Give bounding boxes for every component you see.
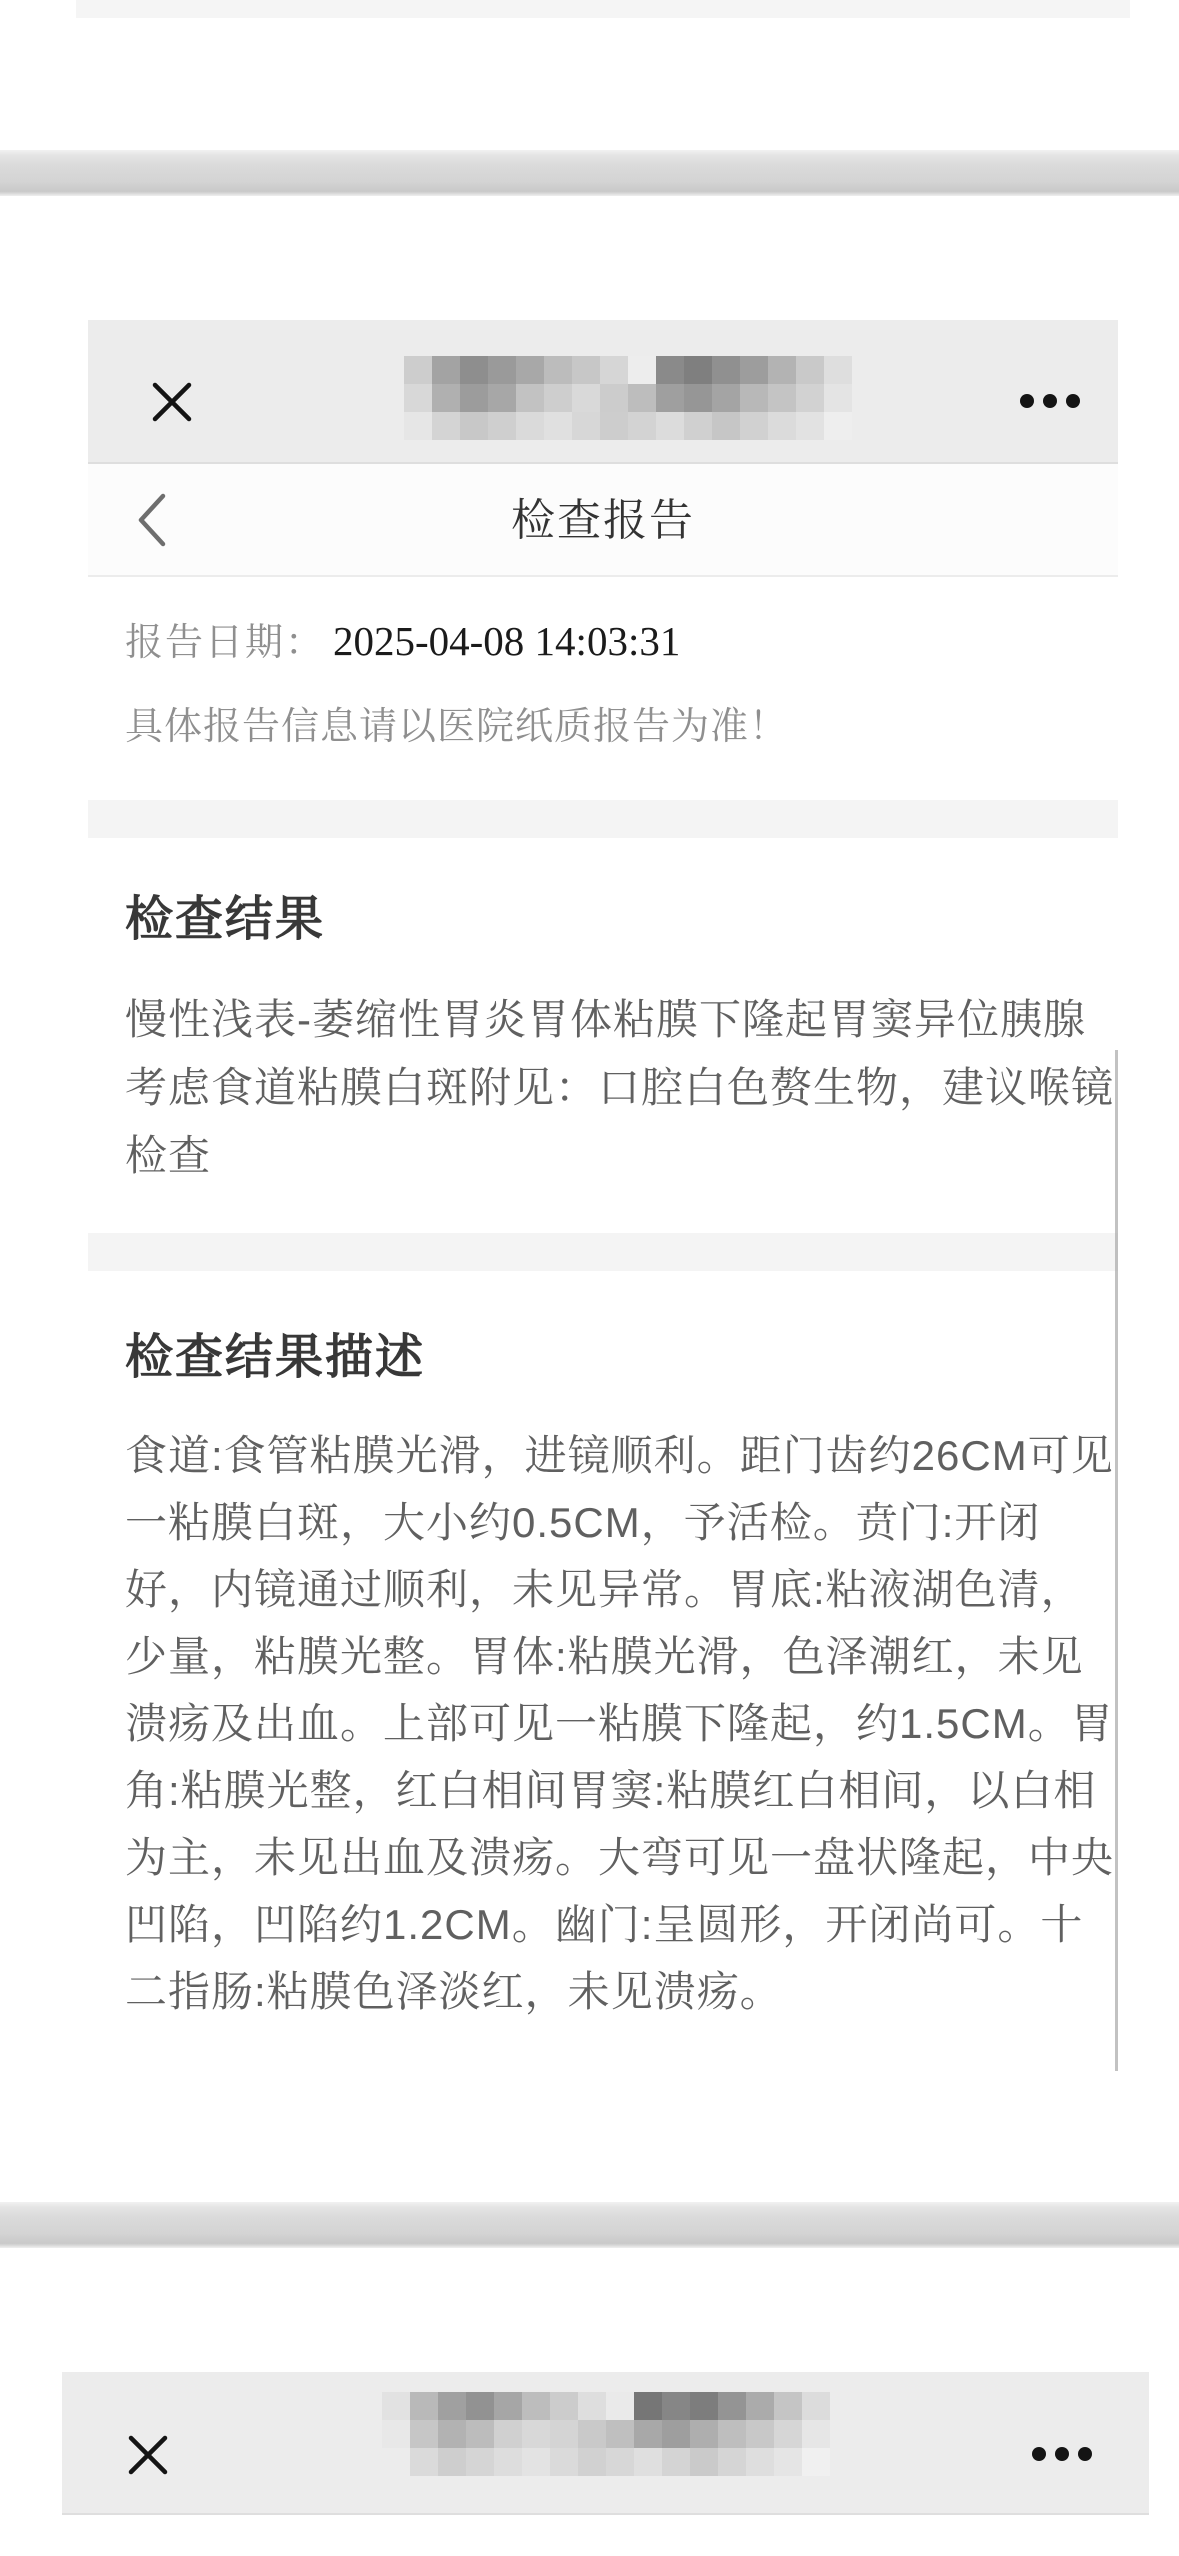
mosaic-cell [606,2420,634,2448]
mosaic-cell [572,356,600,384]
mosaic-cell [382,2420,410,2448]
result-text: 慢性浅表-萎缩性胃炎胃体粘膜下隆起胃窦异位胰腺考虑食道粘膜白斑附见：口腔白色赘生… [125,986,1098,1190]
webview-titlebar [62,2372,1149,2515]
mosaic-cell [522,2448,550,2476]
mosaic-cell [550,2392,578,2420]
report-meta: 报告日期： 2025-04-08 14:03:31 具体报告信息请以医院纸质报告… [88,577,1118,800]
mosaic-cell [774,2420,802,2448]
description-section: 检查结果描述 食道:食管粘膜光滑，进镜顺利。距门齿约26CM可见一粘膜白斑，大小… [88,1271,1118,2071]
mosaic-cell [740,384,768,412]
mosaic-cell [796,384,824,412]
mosaic-cell [718,2448,746,2476]
mosaic-cell [572,412,600,440]
mosaic-cell [544,384,572,412]
description-text-line: 好，内镜通过顺利，未见异常。胃底:粘液湖色清， [125,1556,1098,1623]
mosaic-cell [410,2392,438,2420]
mosaic-cell [712,356,740,384]
mosaic-cell [600,412,628,440]
mosaic-cell [516,384,544,412]
mosaic-cell [460,412,488,440]
mosaic-cell [684,356,712,384]
screenshot-edge-artifact [1115,1050,1118,2071]
description-text-line: 二指肠:粘膜色泽淡红，未见溃疡。 [125,1958,1098,2025]
mosaic-cell [522,2420,550,2448]
stitch-divider-bottom [0,2202,1179,2248]
mosaic-cell [516,356,544,384]
mosaic-cell [522,2392,550,2420]
mosaic-cell [628,412,656,440]
mosaic-cell [824,356,852,384]
mosaic-cell [438,2448,466,2476]
description-text-line: 溃疡及出血。上部可见一粘膜下隆起，约1.5CM。胃 [125,1690,1098,1757]
mosaic-cell [550,2448,578,2476]
mosaic-cell [494,2392,522,2420]
description-section-heading: 检查结果描述 [125,1330,425,1386]
mosaic-cell [690,2448,718,2476]
next-screenshot-partial [62,2372,1149,2556]
page-title: 检查报告 [88,464,1118,577]
mosaic-cell [662,2420,690,2448]
mosaic-cell [488,412,516,440]
webview-titlebar [88,320,1118,464]
mosaic-row [404,412,852,440]
mosaic-row [382,2448,830,2476]
mosaic-cell [404,384,432,412]
mosaic-cell [432,356,460,384]
stitch-divider-top [0,150,1179,196]
censored-title-mosaic [404,356,852,440]
mosaic-cell [544,412,572,440]
description-text-line: 角:粘膜光整，红白相间胃窦:粘膜红白相间，以白相 [125,1757,1098,1824]
mosaic-cell [432,384,460,412]
mosaic-cell [634,2420,662,2448]
mosaic-cell [656,356,684,384]
mosaic-cell [740,412,768,440]
mosaic-cell [802,2448,830,2476]
description-text-line: 凹陷，凹陷约1.2CM。幽门:呈圆形，开闭尚可。十 [125,1891,1098,1958]
mosaic-cell [578,2420,606,2448]
mosaic-cell [572,384,600,412]
mosaic-cell [466,2420,494,2448]
mosaic-cell [494,2448,522,2476]
report-webview: 检查报告 报告日期： 2025-04-08 14:03:31 具体报告信息请以医… [88,320,1118,2071]
mosaic-row [404,356,852,384]
mosaic-cell [628,356,656,384]
censored-title-mosaic [382,2392,830,2476]
mosaic-row [404,384,852,412]
mosaic-cell [578,2392,606,2420]
mosaic-cell [774,2448,802,2476]
mosaic-cell [432,412,460,440]
mosaic-cell [746,2392,774,2420]
report-date-value: 2025-04-08 14:03:31 [333,611,680,671]
mosaic-cell [410,2448,438,2476]
description-text-line: 一粘膜白斑，大小约0.5CM，予活检。贲门:开闭 [125,1489,1098,1556]
result-text-line: 检查 [125,1122,1098,1190]
description-text-line: 食道:食管粘膜光滑，进镜顺利。距门齿约26CM可见 [125,1422,1098,1489]
description-text-line: 为主，未见出血及溃疡。大弯可见一盘状隆起，中央 [125,1824,1098,1891]
mosaic-cell [488,384,516,412]
mosaic-cell [628,384,656,412]
mosaic-cell [718,2420,746,2448]
mosaic-cell [768,356,796,384]
result-section: 检查结果 慢性浅表-萎缩性胃炎胃体粘膜下隆起胃窦异位胰腺考虑食道粘膜白斑附见：口… [88,838,1118,1233]
report-date-label: 报告日期： [125,615,325,671]
more-menu-icon[interactable] [1020,394,1080,408]
mosaic-cell [712,412,740,440]
mosaic-cell [796,356,824,384]
mosaic-cell [746,2420,774,2448]
close-icon[interactable] [148,378,196,426]
mosaic-cell [382,2392,410,2420]
mosaic-cell [606,2448,634,2476]
mosaic-cell [382,2448,410,2476]
report-disclaimer: 具体报告信息请以医院纸质报告为准！ [125,699,788,755]
result-text-line: 考虑食道粘膜白斑附见：口腔白色赘生物，建议喉镜 [125,1054,1098,1122]
close-icon[interactable] [124,2431,172,2479]
mosaic-cell [600,356,628,384]
mosaic-cell [494,2420,522,2448]
more-menu-icon[interactable] [1032,2447,1092,2461]
mosaic-cell [488,356,516,384]
mosaic-cell [404,412,432,440]
mosaic-cell [516,412,544,440]
page-navbar: 检查报告 [88,464,1118,577]
mosaic-cell [410,2420,438,2448]
mosaic-cell [466,2392,494,2420]
mosaic-cell [712,384,740,412]
mosaic-cell [466,2448,494,2476]
mosaic-cell [684,384,712,412]
mosaic-cell [768,384,796,412]
mosaic-cell [662,2448,690,2476]
mosaic-cell [684,412,712,440]
mosaic-cell [550,2420,578,2448]
result-text-line: 慢性浅表-萎缩性胃炎胃体粘膜下隆起胃窦异位胰腺 [125,986,1098,1054]
mosaic-cell [802,2420,830,2448]
mosaic-cell [690,2392,718,2420]
mosaic-cell [824,384,852,412]
mosaic-cell [774,2392,802,2420]
mosaic-cell [656,412,684,440]
mosaic-cell [802,2392,830,2420]
mosaic-cell [634,2392,662,2420]
mosaic-cell [740,356,768,384]
section-separator-band [88,800,1118,838]
mosaic-cell [796,412,824,440]
mosaic-cell [460,356,488,384]
mosaic-cell [690,2420,718,2448]
mosaic-row [382,2420,830,2448]
section-separator-band [88,1233,1118,1271]
mosaic-cell [768,412,796,440]
mosaic-cell [656,384,684,412]
mosaic-cell [746,2448,774,2476]
mosaic-cell [578,2448,606,2476]
mosaic-cell [662,2392,690,2420]
mosaic-cell [824,412,852,440]
mosaic-cell [438,2420,466,2448]
mosaic-cell [438,2392,466,2420]
mosaic-cell [718,2392,746,2420]
mosaic-cell [460,384,488,412]
description-text: 食道:食管粘膜光滑，进镜顺利。距门齿约26CM可见一粘膜白斑，大小约0.5CM，… [125,1422,1098,2025]
stitched-report-screenshot: 检查报告 报告日期： 2025-04-08 14:03:31 具体报告信息请以医… [0,0,1179,2556]
mosaic-cell [600,384,628,412]
mosaic-row [382,2392,830,2420]
mosaic-cell [404,356,432,384]
mosaic-cell [606,2392,634,2420]
description-text-line: 少量，粘膜光整。胃体:粘膜光滑，色泽潮红，未见 [125,1623,1098,1690]
mosaic-cell [544,356,572,384]
result-section-heading: 检查结果 [125,892,325,948]
previous-screenshot-remnant [76,0,1130,18]
mosaic-cell [634,2448,662,2476]
